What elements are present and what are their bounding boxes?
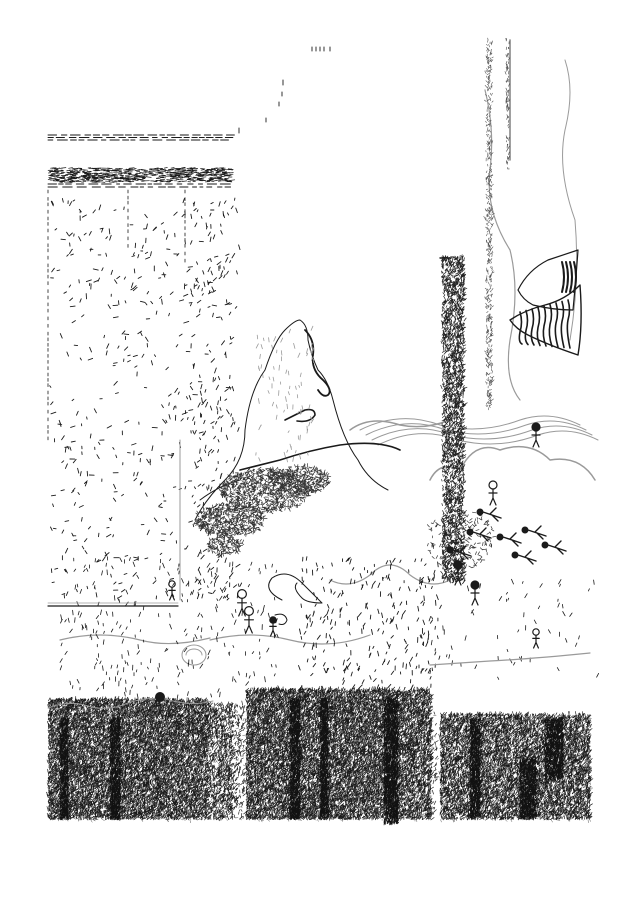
tall-dark-column xyxy=(440,38,510,583)
light-contour-lines xyxy=(60,40,598,665)
dashed-rows-top-left xyxy=(48,47,330,440)
dense-bottom-band xyxy=(46,686,592,825)
pen-drawing xyxy=(0,0,623,900)
scattered-marks xyxy=(48,198,599,700)
artwork-canvas xyxy=(0,0,623,900)
